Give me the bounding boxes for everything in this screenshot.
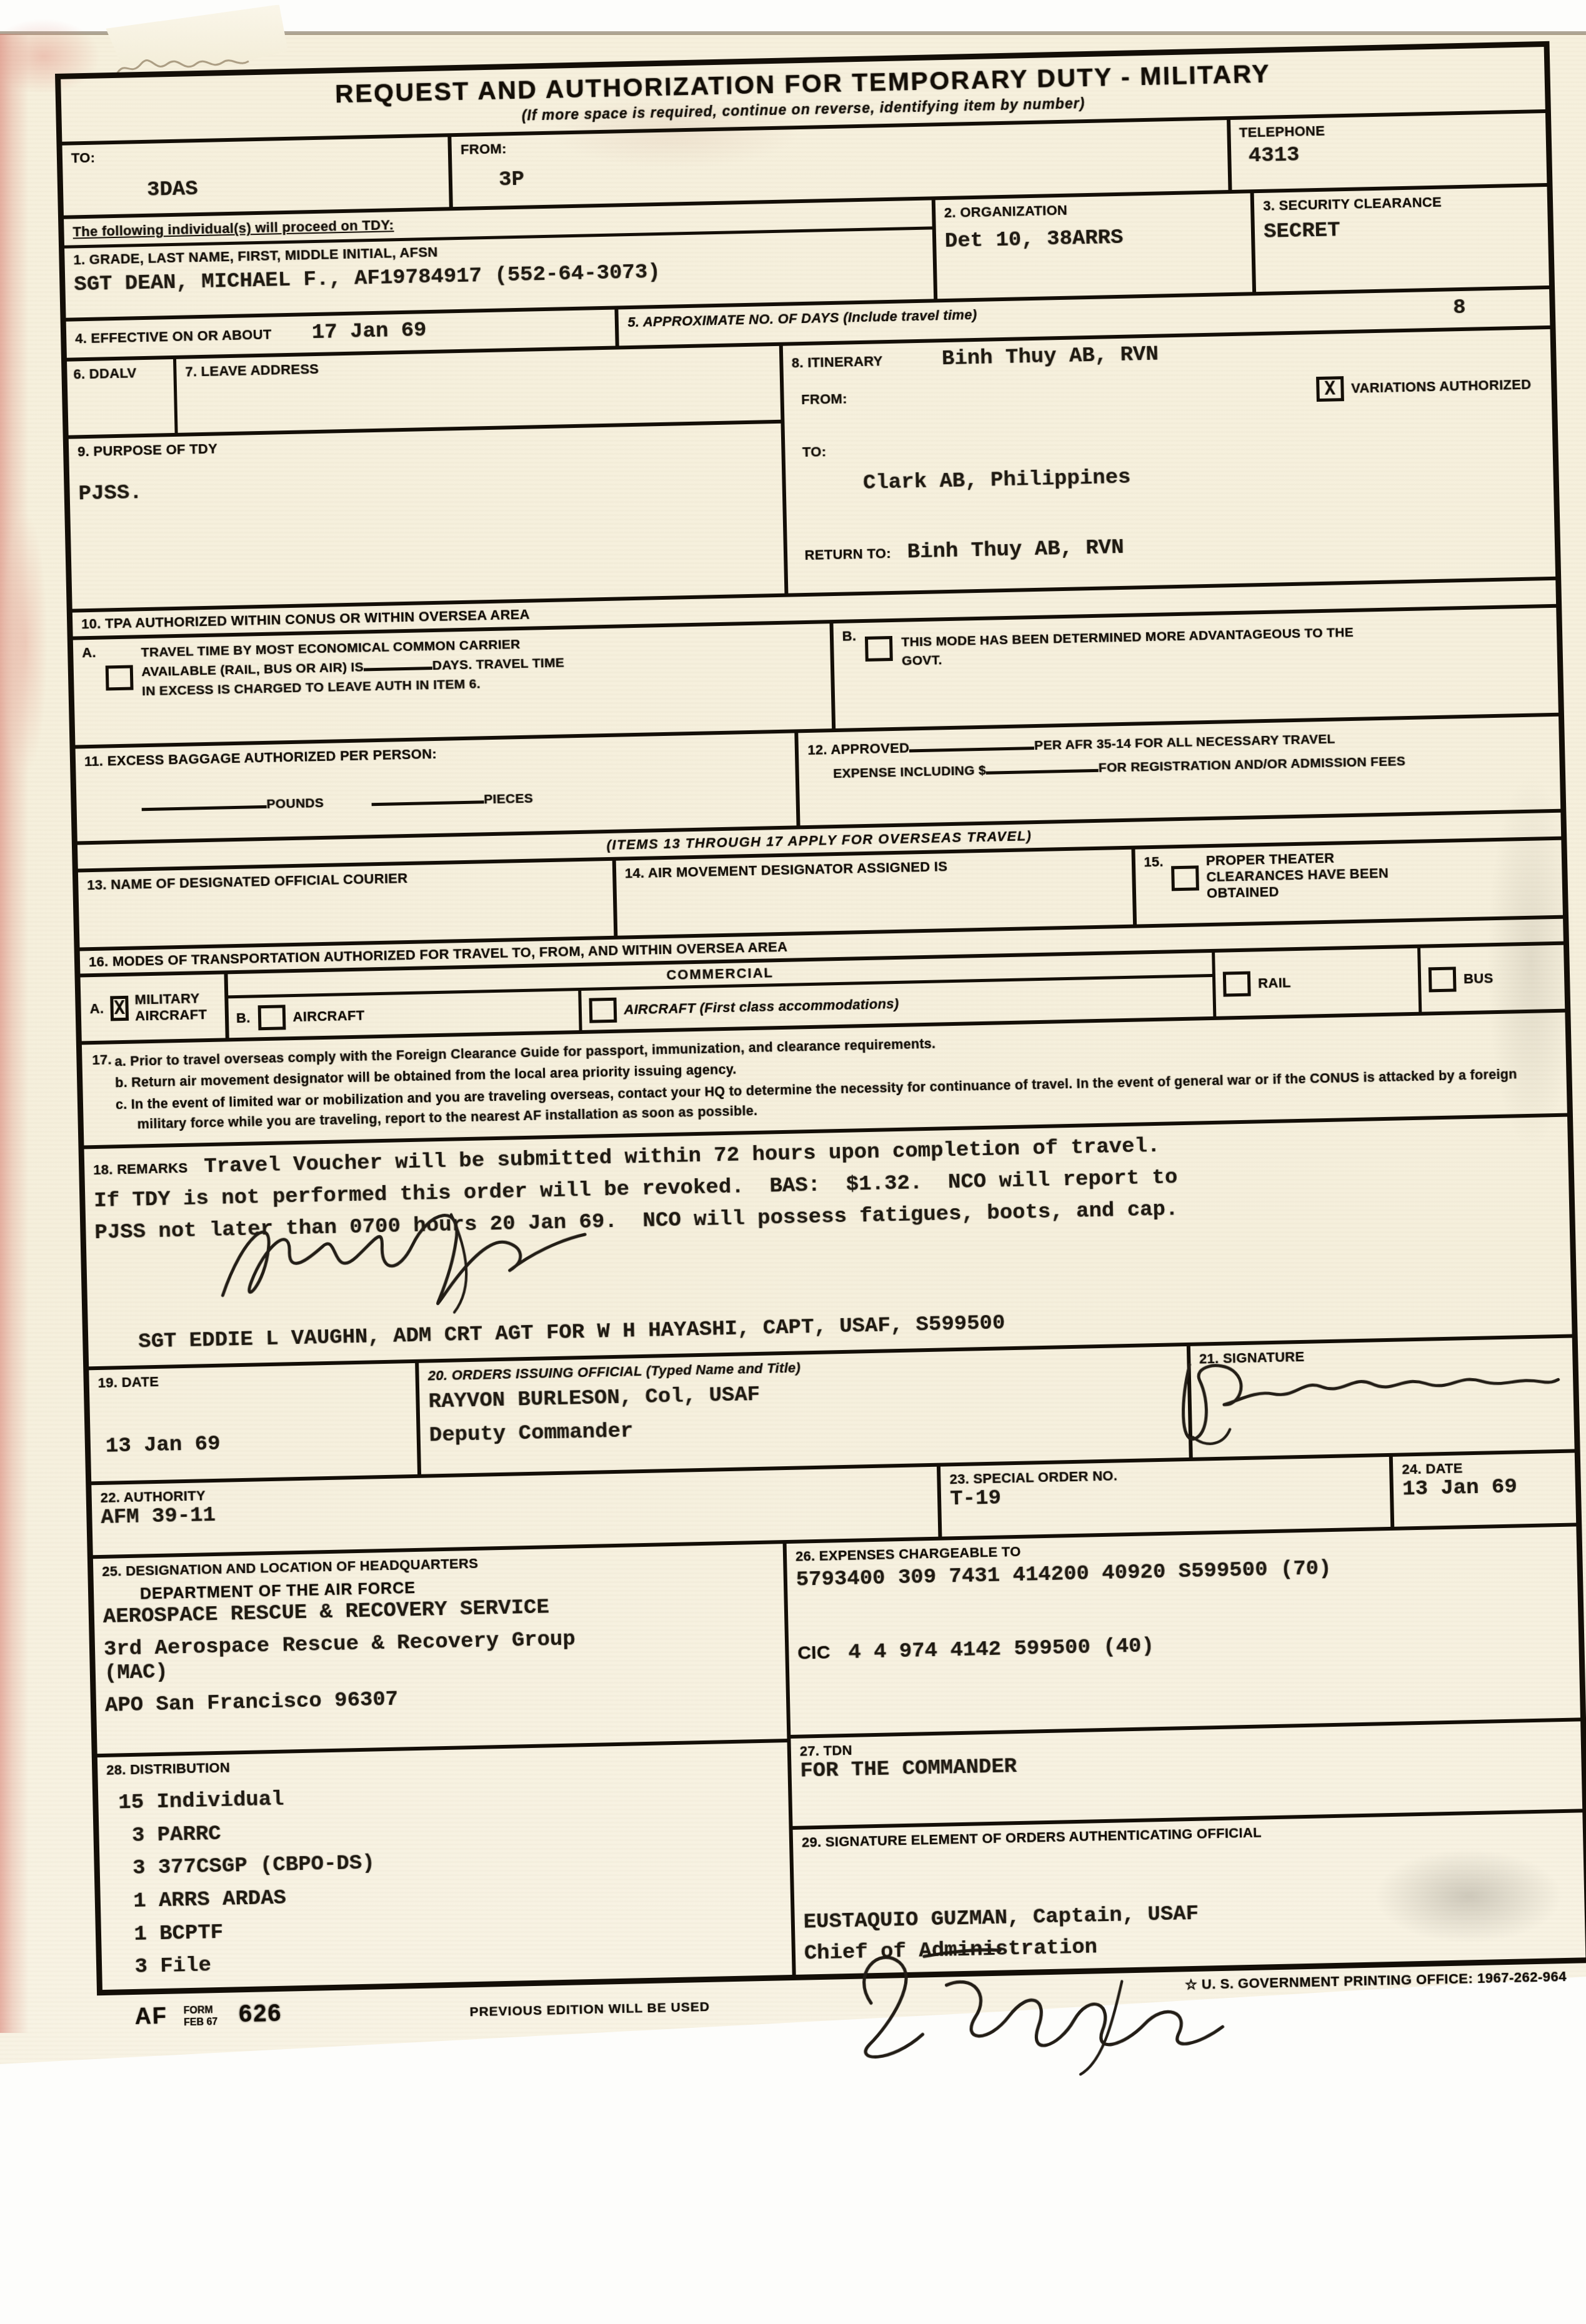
form-number: 626: [239, 2000, 282, 2029]
item11-label: 11. EXCESS BAGGAGE AUTHORIZED PER PERSON…: [84, 746, 437, 769]
travel-time-checkbox: [105, 665, 133, 691]
burleson-signature: [1153, 1340, 1580, 1456]
item3-value: SECRET: [1264, 214, 1540, 244]
to-label: TO:: [71, 150, 96, 166]
item4-value: 17 Jan 69: [312, 319, 427, 345]
mode-advantageous-checkbox: [865, 636, 893, 662]
item10a-text1: TRAVEL TIME BY MOST ECONOMICAL COMMON CA…: [141, 637, 521, 660]
from-value: 3P: [499, 152, 1219, 192]
telephone-value: 4313: [1249, 138, 1538, 168]
item24-value: 13 Jan 69: [1402, 1474, 1567, 1502]
field-rail: RAIL: [1212, 948, 1419, 1016]
field-courier: 13. NAME OF DESIGNATED OFFICIAL COURIER: [78, 861, 614, 948]
field-individual: The following individual(s) will proceed…: [64, 200, 934, 317]
rail-checkbox: [1223, 971, 1251, 997]
item6-label: 6. DDALV: [73, 365, 137, 382]
item16a-text: MILITARY AIRCRAFT: [134, 990, 216, 1025]
af-mark: AF: [134, 2003, 167, 2030]
item10b-text: THIS MODE HAS BEEN DETERMINED MORE ADVAN…: [901, 623, 1377, 671]
item14-label: 14. AIR MOVEMENT DESIGNATOR ASSIGNED IS: [624, 858, 947, 881]
itinerary-to-label: TO:: [802, 444, 827, 460]
item18-label: 18. REMARKS: [93, 1160, 188, 1178]
item12-text1: PER AFR 35-14 FOR ALL NECESSARY TRAVEL: [1034, 732, 1335, 753]
bus-label: BUS: [1464, 970, 1494, 987]
item26-line2: 4 4 974 4142 599500 (40): [848, 1634, 1154, 1665]
first-class-aircraft-checkbox: [589, 997, 617, 1023]
field-to: TO: 3DAS: [62, 137, 450, 215]
field-tdn: 27. TDN FOR THE COMMANDER: [791, 1717, 1582, 1826]
item12-text2: EXPENSE INCLUDING $: [833, 763, 986, 781]
item20-title: Deputy Commander: [429, 1408, 1180, 1448]
item10b-letter: B.: [842, 628, 856, 644]
field-telephone: TELEPHONE 4313: [1227, 113, 1547, 190]
field-excess-baggage: 11. EXCESS BAGGAGE AUTHORIZED PER PERSON…: [76, 733, 797, 841]
military-aircraft-checkbox: X: [110, 996, 129, 1021]
from-label: FROM:: [461, 141, 507, 157]
field-security-clearance: 3. SECURITY CLEARANCE SECRET: [1250, 187, 1549, 292]
item16b-text: AIRCRAFT: [292, 1007, 364, 1025]
item10a-text3: IN EXCESS IS CHARGED TO LEAVE AUTH IN IT…: [142, 677, 481, 698]
telephone-label: TELEPHONE: [1239, 123, 1325, 141]
to-value: 3DAS: [147, 172, 441, 202]
item8-label: 8. ITINERARY: [792, 353, 883, 370]
field-special-order: 23. SPECIAL ORDER NO. T-19: [937, 1457, 1390, 1537]
field-organization: 2. ORGANIZATION Det 10, 38ARRS: [932, 193, 1253, 299]
rail-label: RAIL: [1258, 975, 1291, 991]
field-air-movement: 14. AIR MOVEMENT DESIGNATOR ASSIGNED IS: [612, 850, 1132, 936]
item29-label: 29. SIGNATURE ELEMENT OF ORDERS AUTHENTI…: [802, 1818, 1574, 1851]
field-purpose: 9. PURPOSE OF TDY PJSS.: [69, 424, 784, 609]
item25-line5: APO San Francisco 96307: [105, 1679, 777, 1717]
item3-label: 3. SECURITY CLEARANCE: [1263, 192, 1539, 214]
field-itinerary: 8. ITINERARY Binh Thuy AB, RVN FROM: X V…: [779, 329, 1555, 593]
item28-label: 28. DISTRIBUTION: [106, 1747, 779, 1778]
itinerary-to-value: Clark AB, Philippines: [863, 466, 1131, 495]
itinerary-return-label: RETURN TO:: [804, 545, 891, 564]
field-10b: B. THIS MODE HAS BEEN DETERMINED MORE AD…: [829, 608, 1559, 728]
field-date-24: 24. DATE 13 Jan 69: [1389, 1452, 1576, 1526]
item17-number: 17.: [92, 1051, 112, 1068]
field-ddalv: 6. DDALV: [67, 359, 175, 435]
item19-label: 19. DATE: [97, 1374, 159, 1391]
field-10a: A. TRAVEL TIME BY MOST ECONOMICAL COMMON…: [73, 623, 832, 745]
item10a-text2b: DAYS. TRAVEL TIME: [432, 656, 565, 673]
bus-checkbox: [1429, 966, 1457, 992]
item20-label: 20. ORDERS ISSUING OFFICIAL (Typed Name …: [428, 1359, 801, 1383]
field-theater-clearances: 15. PROPER THEATER CLEARANCES HAVE BEEN …: [1131, 840, 1563, 925]
variations-label: VARIATIONS AUTHORIZED: [1351, 377, 1532, 397]
itinerary-return-value: Binh Thuy AB, RVN: [907, 536, 1124, 565]
commercial-header: COMMERCIAL: [666, 965, 774, 983]
theater-clearances-checkbox: [1171, 865, 1199, 891]
field-authenticating-signature: 29. SIGNATURE ELEMENT OF ORDERS AUTHENTI…: [792, 1809, 1585, 1975]
form-date: FEB 67: [184, 2017, 218, 2028]
field-issuing-official: 20. ORDERS ISSUING OFFICIAL (Typed Name …: [415, 1346, 1189, 1474]
itinerary-from-value: Binh Thuy AB, RVN: [942, 343, 1159, 372]
item5-label: 5. APPROXIMATE NO. OF DAYS (Include trav…: [627, 307, 977, 330]
item11-pieces: PIECES: [484, 791, 533, 807]
item15-text: PROPER THEATER CLEARANCES HAVE BEEN OBTA…: [1206, 848, 1414, 918]
vaughn-signature: [204, 1190, 606, 1324]
first-class-label: AIRCRAFT (First class accommodations): [624, 995, 899, 1018]
scanned-document: { "colors": { "paper": "#f5efdc", "ink":…: [0, 0, 1586, 2324]
item11-pounds: POUNDS: [266, 796, 324, 812]
item16a-letter: A.: [89, 1001, 104, 1017]
item13-label: 13. NAME OF DESIGNATED OFFICIAL COURIER: [87, 870, 408, 893]
field-expenses: 26. EXPENSES CHARGEABLE TO 5793400 309 7…: [787, 1526, 1580, 1735]
item9-value: PJSS.: [78, 467, 773, 506]
item29-name: EUSTAQUIO GUZMAN, Captain, USAF: [803, 1902, 1199, 1935]
item4-label: 4. EFFECTIVE ON OR ABOUT: [75, 327, 272, 347]
field-headquarters: 25. DESIGNATION AND LOCATION OF HEADQUAR…: [93, 1544, 787, 1754]
field-bus: BUS: [1417, 945, 1565, 1012]
field-remarks: 18. REMARKS Travel Voucher will be submi…: [84, 1117, 1572, 1367]
form-word: FORM: [184, 2005, 213, 2016]
item16b-letter: B.: [236, 1010, 251, 1026]
item5-value: 8: [1453, 296, 1466, 320]
field-leave-address: 7. LEAVE ADDRESS: [173, 346, 781, 433]
previous-edition-note: PREVIOUS EDITION WILL BE USED: [469, 2000, 710, 2020]
proceed-header: The following individual(s) will proceed…: [72, 217, 394, 239]
item10a-text2: AVAILABLE (RAIL, BUS OR AIR) IS: [141, 660, 364, 680]
item7-label: 7. LEAVE ADDRESS: [185, 361, 319, 380]
item26-cic-label: CIC: [797, 1642, 830, 1664]
item15-number: 15.: [1144, 854, 1165, 920]
item12-label: 12. APPROVED: [807, 740, 909, 758]
item12-text3: FOR REGISTRATION AND/OR ADMISSION FEES: [1099, 754, 1406, 775]
field-distribution: 28. DISTRIBUTION 15 Individual 3 PARRC 3…: [97, 1739, 792, 1990]
itinerary-from-label: FROM:: [801, 390, 847, 408]
commercial-aircraft-checkbox: [257, 1005, 286, 1030]
item2-label: 2. ORGANIZATION: [944, 199, 1242, 221]
item10a-letter: A.: [82, 645, 98, 740]
field-date-19: 19. DATE 13 Jan 69: [89, 1363, 417, 1481]
item2-value: Det 10, 38ARRS: [945, 224, 1243, 254]
variations-checkbox: X: [1316, 376, 1344, 402]
item19-value: 13 Jan 69: [106, 1428, 409, 1459]
field-signature-21: 21. SIGNATURE: [1187, 1338, 1575, 1457]
field-commercial-aircraft: B. AIRCRAFT: [228, 991, 579, 1038]
field-approved-expense: 12. APPROVEDPER AFR 35-14 FOR ALL NECESS…: [795, 717, 1561, 826]
field-military-aircraft: A. X MILITARY AIRCRAFT: [81, 974, 226, 1041]
af-form-626: REQUEST AND AUTHORIZATION FOR TEMPORARY …: [55, 41, 1586, 2032]
